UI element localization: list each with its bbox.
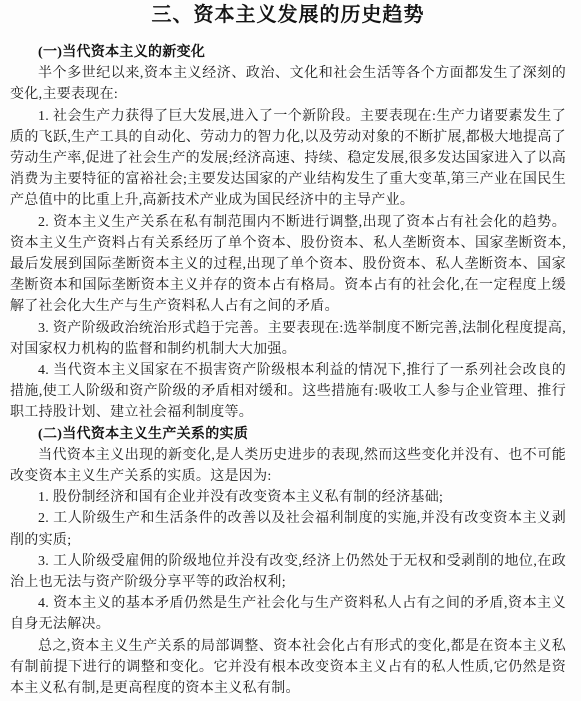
paragraph: 1. 社会生产力获得了巨大发展,进入了一个新阶段。主要表现在:生产力诸要素发生了…: [10, 106, 566, 212]
section-heading: (一)当代资本主义的新变化: [10, 42, 566, 63]
paragraph: 3. 资产阶级政治统治形式趋于完善。主要表现在:选举制度不断完善,法制化程度提高…: [10, 318, 566, 360]
paragraph: 4. 资本主义的基本矛盾仍然是生产社会化与生产资料私人占有之间的矛盾,资本主义自…: [10, 593, 566, 635]
paragraph: 4. 当代资本主义国家在不损害资产阶级根本利益的情况下,推行了一系列社会改良的措…: [10, 360, 566, 424]
paragraph: 1. 股份制经济和国有企业并没有改变资本主义私有制的经济基础;: [10, 487, 566, 508]
paragraph: 2. 工人阶级生产和生活条件的改善以及社会福利制度的实施,并没有改变资本主义剥削…: [10, 508, 566, 550]
paragraph: 总之,资本主义生产关系的局部调整、资本社会化占有形式的变化,都是在资本主义私有制…: [10, 636, 566, 700]
document-page: 三、资本主义发展的历史趋势 (一)当代资本主义的新变化半个多世纪以来,资本主义经…: [0, 0, 581, 701]
paragraph: 3. 工人阶级受雇佣的阶级地位并没有改变,经济上仍然处于无权和受剥削的地位,在政…: [10, 551, 566, 593]
paragraph: 半个多世纪以来,资本主义经济、政治、文化和社会生活等各个方面都发生了深刻的变化,…: [10, 63, 566, 105]
page-title: 三、资本主义发展的历史趋势: [10, 3, 566, 27]
section-heading: (二)当代资本主义生产关系的实质: [10, 424, 566, 445]
paragraph: 当代资本主义出现的新变化,是人类历史进步的表现,然而这些变化并没有、也不可能改变…: [10, 445, 566, 487]
paragraph: 2. 资本主义生产关系在私有制范围内不断进行调整,出现了资本占有社会化的趋势。资…: [10, 212, 566, 318]
document-body: (一)当代资本主义的新变化半个多世纪以来,资本主义经济、政治、文化和社会生活等各…: [10, 42, 566, 699]
